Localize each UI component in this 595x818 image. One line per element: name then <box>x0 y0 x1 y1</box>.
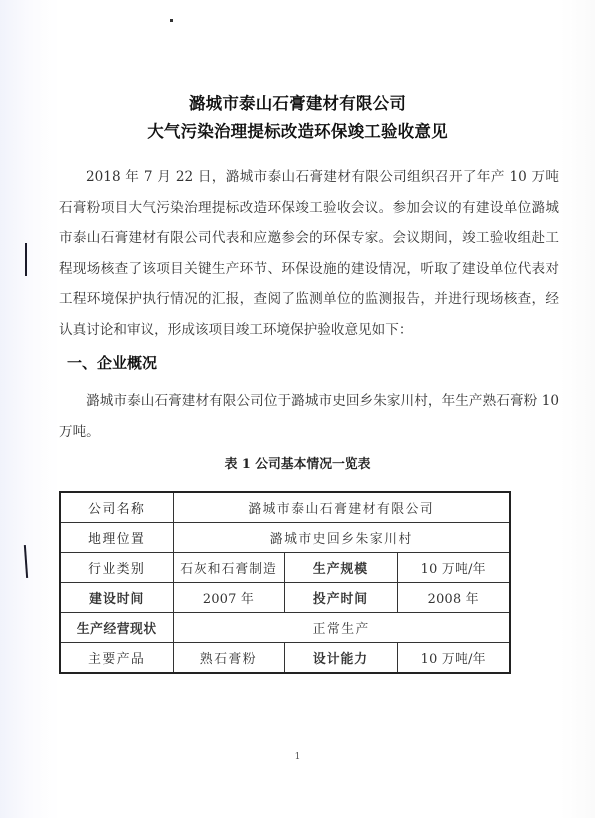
table-label-cell: 建设时间 <box>60 583 173 613</box>
table-row: 公司名称 潞城市泰山石膏建材有限公司 <box>60 492 510 523</box>
document-page: 潞城市泰山石膏建材有限公司 大气污染治理提标改造环保竣工验收意见 2018 年 … <box>0 0 595 818</box>
table-label-cell: 主要产品 <box>60 643 173 674</box>
section-heading: 一、企业概况 <box>67 352 157 373</box>
table-label-cell: 生产规模 <box>284 553 397 583</box>
table-row: 建设时间 2007 年 投产时间 2008 年 <box>60 583 510 613</box>
table-value-cell: 2007 年 <box>173 583 284 613</box>
table-value-cell: 石灰和石膏制造 <box>173 553 284 583</box>
section1-paragraph-text: 潞城市泰山石膏建材有限公司位于潞城市史回乡朱家川村，年生产熟石膏粉 10 万吨。 <box>59 393 559 440</box>
table-value-cell: 2008 年 <box>397 583 510 613</box>
table-label-cell: 公司名称 <box>60 492 173 523</box>
company-info-table: 公司名称 潞城市泰山石膏建材有限公司 地理位置 潞城市史回乡朱家川村 行业类别 … <box>59 491 511 674</box>
document-title-line2: 大气污染治理提标改造环保竣工验收意见 <box>0 118 595 142</box>
document-title-line1: 潞城市泰山石膏建材有限公司 <box>0 90 595 114</box>
table-caption: 表 1 公司基本情况一览表 <box>0 453 595 472</box>
table-value-cell: 10 万吨/年 <box>397 643 510 674</box>
table-row: 行业类别 石灰和石膏制造 生产规模 10 万吨/年 <box>60 553 510 583</box>
table-row: 地理位置 潞城市史回乡朱家川村 <box>60 523 510 553</box>
table-label-cell: 生产经营现状 <box>60 613 173 643</box>
page-number: 1 <box>0 752 595 762</box>
table-label-cell: 地理位置 <box>60 523 173 553</box>
intro-paragraph: 2018 年 7 月 22 日，潞城市泰山石膏建材有限公司组织召开了年产 10 … <box>59 162 559 345</box>
scan-speck <box>170 19 173 22</box>
table-value-cell: 10 万吨/年 <box>397 553 510 583</box>
section1-paragraph: 潞城市泰山石膏建材有限公司位于潞城市史回乡朱家川村，年生产熟石膏粉 10 万吨。 <box>59 386 559 447</box>
table-row: 生产经营现状 正常生产 <box>60 613 510 643</box>
table-label-cell: 设计能力 <box>284 643 397 674</box>
table-value-cell: 潞城市泰山石膏建材有限公司 <box>173 492 510 523</box>
table-row: 主要产品 熟石膏粉 设计能力 10 万吨/年 <box>60 643 510 674</box>
table-value-cell: 正常生产 <box>173 613 510 643</box>
intro-paragraph-text: 2018 年 7 月 22 日，潞城市泰山石膏建材有限公司组织召开了年产 10 … <box>59 169 559 338</box>
table-value-cell: 熟石膏粉 <box>173 643 284 674</box>
table-label-cell: 行业类别 <box>60 553 173 583</box>
table-value-cell: 潞城市史回乡朱家川村 <box>173 523 510 553</box>
margin-mark <box>25 243 27 276</box>
table-label-cell: 投产时间 <box>284 583 397 613</box>
margin-mark <box>24 545 28 578</box>
